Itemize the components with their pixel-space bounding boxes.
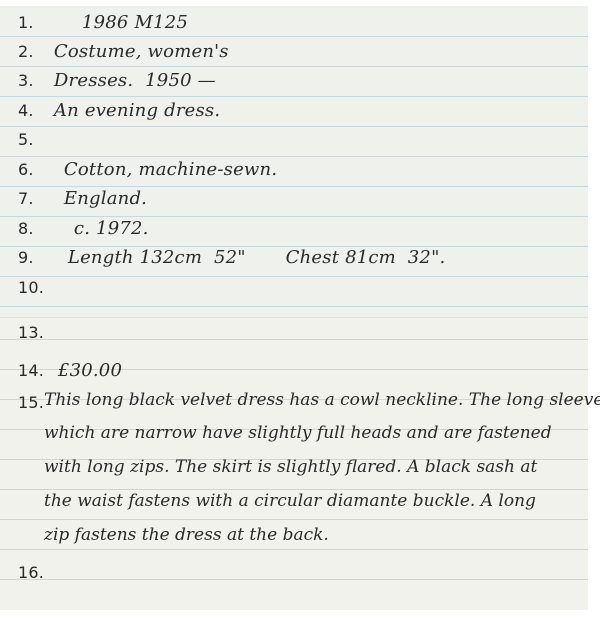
subcategory: Dresses. 1950 —	[54, 70, 216, 91]
entry-6: 6. Cotton, machine-sewn.	[18, 159, 570, 180]
entry-5: 5.	[18, 129, 570, 150]
price: £30.00	[58, 360, 122, 381]
entry-3: 3. Dresses. 1950 —	[18, 70, 570, 91]
place-of-origin: England.	[64, 188, 147, 209]
materials: Cotton, machine-sewn.	[64, 159, 277, 180]
entry-number: 16.	[18, 563, 48, 582]
entry-number: 5.	[18, 130, 48, 149]
entry-7: 7. England.	[18, 188, 570, 209]
entry-number: 14.	[18, 361, 48, 380]
entry-number: 2.	[18, 42, 48, 61]
accession-number: 1986 M125	[82, 12, 188, 33]
entry-number: 4.	[18, 101, 48, 120]
entry-number: 7.	[18, 189, 48, 208]
entry-number: 9.	[18, 248, 48, 267]
object-name: An evening dress.	[54, 100, 220, 121]
entry-1: 1. 1986 M125	[18, 12, 570, 33]
description-line-4: the waist fastens with a circular diaman…	[44, 491, 574, 511]
entry-4: 4. An evening dress.	[18, 100, 570, 121]
chest-measurement: Chest 81cm 32".	[286, 247, 446, 268]
date: c. 1972.	[74, 218, 149, 239]
record-card-upper-sheet: 1. 1986 M125 2. Costume, women's 3. Dres…	[0, 6, 588, 318]
description-line-1: This long black velvet dress has a cowl …	[44, 390, 574, 410]
entry-16: 16.	[18, 562, 570, 583]
description-line-3: with long zips. The skirt is slightly fl…	[44, 457, 574, 477]
entry-number: 6.	[18, 160, 48, 179]
description-line-2: which are narrow have slightly full head…	[44, 423, 574, 443]
entry-2: 2. Costume, women's	[18, 41, 570, 62]
entry-13: 13.	[18, 322, 570, 343]
entry-14: 14. £30.00	[18, 360, 570, 381]
length-measurement: Length 132cm 52"	[68, 247, 246, 268]
entry-number: 8.	[18, 219, 48, 238]
entry-number: 10.	[18, 278, 48, 297]
entry-number: 13.	[18, 323, 48, 342]
category: Costume, women's	[54, 41, 229, 62]
entry-8: 8. c. 1972.	[18, 218, 570, 239]
entry-number: 3.	[18, 71, 48, 90]
description-line-5: zip fastens the dress at the back.	[44, 525, 574, 545]
record-card-lower-sheet: 13. 14. £30.00 15. This long black velve…	[0, 318, 588, 610]
entry-10: 10.	[18, 277, 570, 298]
entry-number: 1.	[18, 13, 48, 32]
entry-9: 9. Length 132cm 52" Chest 81cm 32".	[18, 247, 570, 268]
